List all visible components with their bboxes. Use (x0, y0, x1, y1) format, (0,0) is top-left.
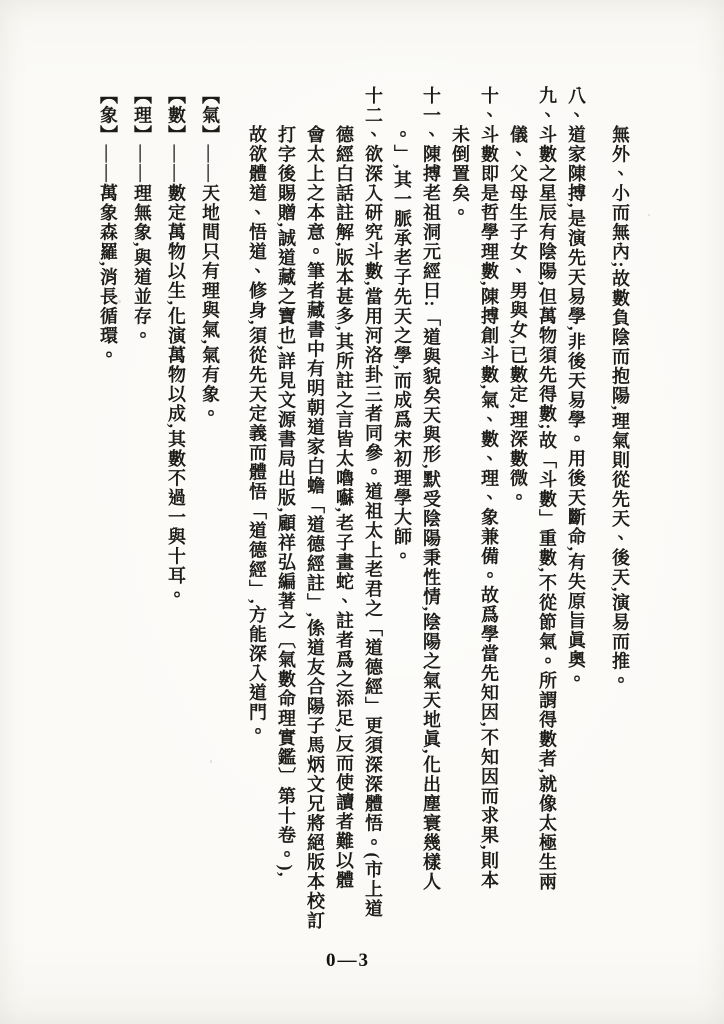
scanned-book-page: 無外、小而無內;故數負陰而抱陽,理氣則從先天、後天,演易而推。 八、道家陳搏,是… (0, 0, 724, 1024)
text-column-item-8: 八、道家陳搏,是演先天易學,非後天易學。用後天斷命,有失原旨眞奧。 (561, 86, 590, 948)
glossary-column-qi: 【氣】——天地間只有理與氣,氣有象。 (193, 86, 227, 948)
scan-speck (648, 214, 650, 216)
text-column-item-10-continuation: 未倒置矣。 (445, 86, 474, 948)
text-column-item-12-continuation-3: 打字後賜贈,誠道藏之寶也,詳見文源書局出版,顧祥弘編著之〔氣數命理實鑑〕第十卷。… (271, 86, 300, 948)
text-column-item-12: 十二、欲深入研究斗數,當用河洛卦三者同參。道祖太上老君之「道德經」更須深深體悟。… (358, 86, 387, 948)
text-column-item-11-continuation: 。」,其一脈承老子先天之學,而成爲宋初理學大師。 (387, 86, 416, 948)
text-column-item-12-continuation-4: 故欲體道、悟道、修身,須從先天定義而體悟「道德經」,方能深入道門。 (242, 86, 271, 948)
text-column-item-10: 十、斗數即是哲學理數,陳搏創斗數,氣、數、理、象兼備。故爲學當先知因,不知因而求… (474, 86, 503, 948)
page-number: 0—3 (326, 950, 370, 972)
glossary-column-li: 【理】——理無象,與道並存。 (125, 86, 159, 948)
scan-speck (118, 300, 121, 303)
text-column-item-11: 十一、陳搏老祖洞元經曰:「道與貌矣天與形,默受陰陽秉性情,陰陽之氣天地眞,化出塵… (416, 86, 445, 948)
text-column-item-12-continuation-1: 德經白話註解,版本甚多,其所註之言皆太嚕囌,老子畫蛇、註者爲之添足,反而使讀者難… (329, 86, 358, 948)
text-column-item-12-continuation-2: 會太上之本意。筆者藏書中有明朝道家白蟾「道德經註」,係道友合陽子馬炳文兄將絕版本… (300, 86, 329, 948)
scan-speck (210, 760, 212, 763)
vertical-text-block: 無外、小而無內;故數負陰而抱陽,理氣則從先天、後天,演易而推。 八、道家陳搏,是… (91, 86, 634, 948)
glossary-column-shu: 【數】——數定萬物以生,化演萬物以成,其數不過一與十耳。 (159, 86, 193, 948)
text-column-item-9: 九、斗數之星辰有陰陽,但萬物須先得數;故「斗數」重數,不從節氣。所謂得數者,就像… (532, 86, 561, 948)
glossary-column-xiang: 【象】——萬象森羅,消長循環。 (91, 86, 125, 948)
text-column-continuation-7: 無外、小而無內;故數負陰而抱陽,理氣則從先天、後天,演易而推。 (605, 86, 634, 948)
text-column-item-9-continuation: 儀、父母生子女、男與女,已數定,理深數微。 (503, 86, 532, 948)
